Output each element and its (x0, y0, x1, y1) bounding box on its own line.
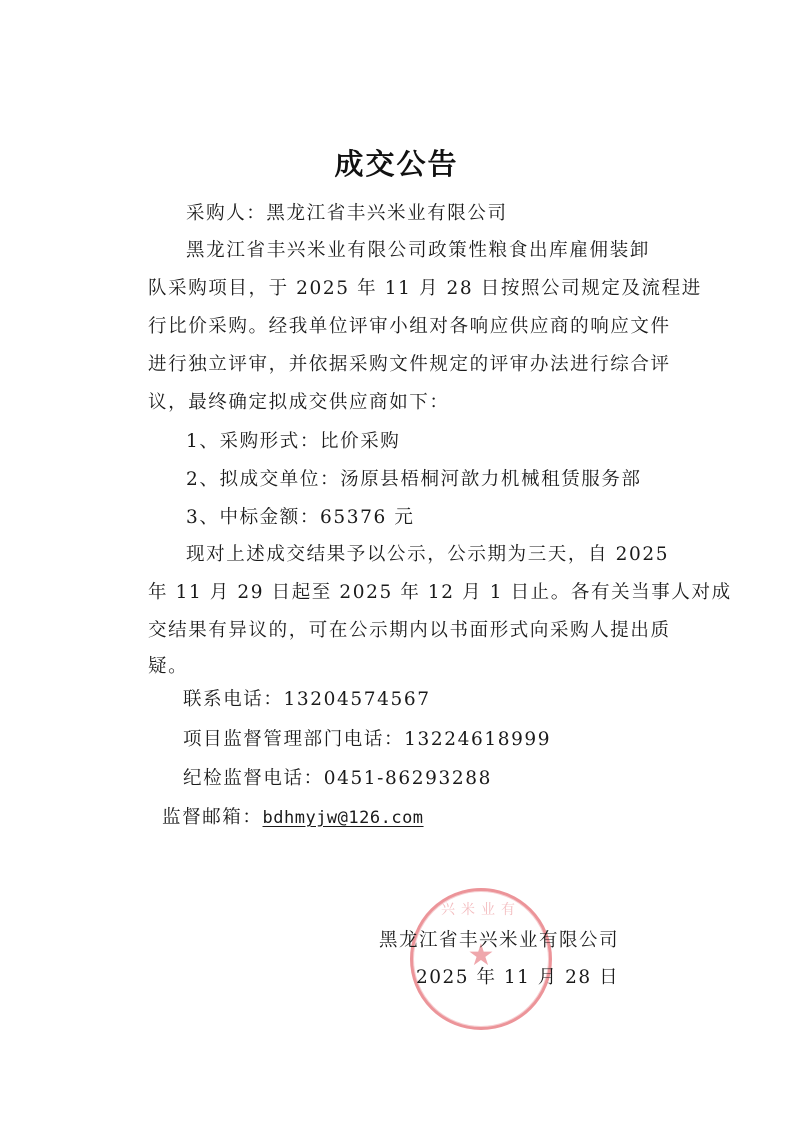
signature-date: 2025 年 11 月 28 日 (416, 963, 619, 989)
email-label: 监督邮箱： (162, 807, 263, 828)
item-label: 采购形式： (219, 431, 320, 452)
notice-line-2: 年 11 月 29 日起至 2025 年 12 月 1 日止。各有关当事人对成 (148, 581, 650, 605)
item-label: 拟成交单位： (219, 469, 340, 490)
notice-line-1: 现对上述成交结果予以公示，公示期为三天，自 2025 (186, 543, 650, 567)
email-link[interactable]: bdhmyjw@126.com (263, 808, 424, 828)
discipline-inspection-phone: 纪检监督电话：0451-86293288 (183, 767, 492, 791)
item-number: 2、 (186, 469, 219, 490)
purchaser-line: 采购人：黑龙江省丰兴米业有限公司 (186, 202, 508, 226)
item-value: 比价采购 (320, 431, 400, 452)
item-number: 3、 (186, 507, 219, 528)
intro-line-1: 黑龙江省丰兴米业有限公司政策性粮食出库雇佣装卸 (186, 239, 650, 263)
item-label: 中标金额： (219, 507, 320, 528)
signature-company: 黑龙江省丰兴米业有限公司 (379, 926, 619, 952)
notice-line-3: 交结果有异议的，可在公示期内以书面形式向采购人提出质 (148, 619, 650, 643)
company-seal-stamp: 兴米业有 ★ (410, 888, 552, 1030)
item-number: 1、 (186, 431, 219, 452)
intro-line-2: 队采购项目，于 2025 年 11 月 28 日按照公司规定及流程进 (148, 277, 650, 301)
intro-line-4: 进行独立评审，并依据采购文件规定的评审办法进行综合评 (148, 353, 650, 377)
contact-phone: 联系电话：13204574567 (183, 688, 431, 712)
item-bid-amount: 3、中标金额：65376 元 (186, 506, 414, 530)
intro-line-3: 行比价采购。经我单位评审小组对各响应供应商的响应文件 (148, 315, 650, 339)
supervision-dept-phone: 项目监督管理部门电话：13224618999 (183, 728, 551, 752)
item-value: 汤原县梧桐河歆力机械租赁服务部 (340, 469, 642, 490)
item-value: 65376 元 (320, 507, 414, 528)
notice-line-4: 疑。 (148, 655, 188, 679)
page-title: 成交公告 (0, 142, 793, 183)
intro-line-5: 议，最终确定拟成交供应商如下： (148, 391, 450, 415)
stamp-text: 兴米业有 (413, 899, 549, 919)
item-procurement-method: 1、采购形式：比价采购 (186, 430, 400, 454)
document-page: 成交公告 采购人：黑龙江省丰兴米业有限公司 黑龙江省丰兴米业有限公司政策性粮食出… (0, 0, 793, 1123)
supervision-email-row: 监督邮箱：bdhmyjw@126.com (162, 806, 424, 830)
item-winning-supplier: 2、拟成交单位：汤原县梧桐河歆力机械租赁服务部 (186, 468, 642, 492)
